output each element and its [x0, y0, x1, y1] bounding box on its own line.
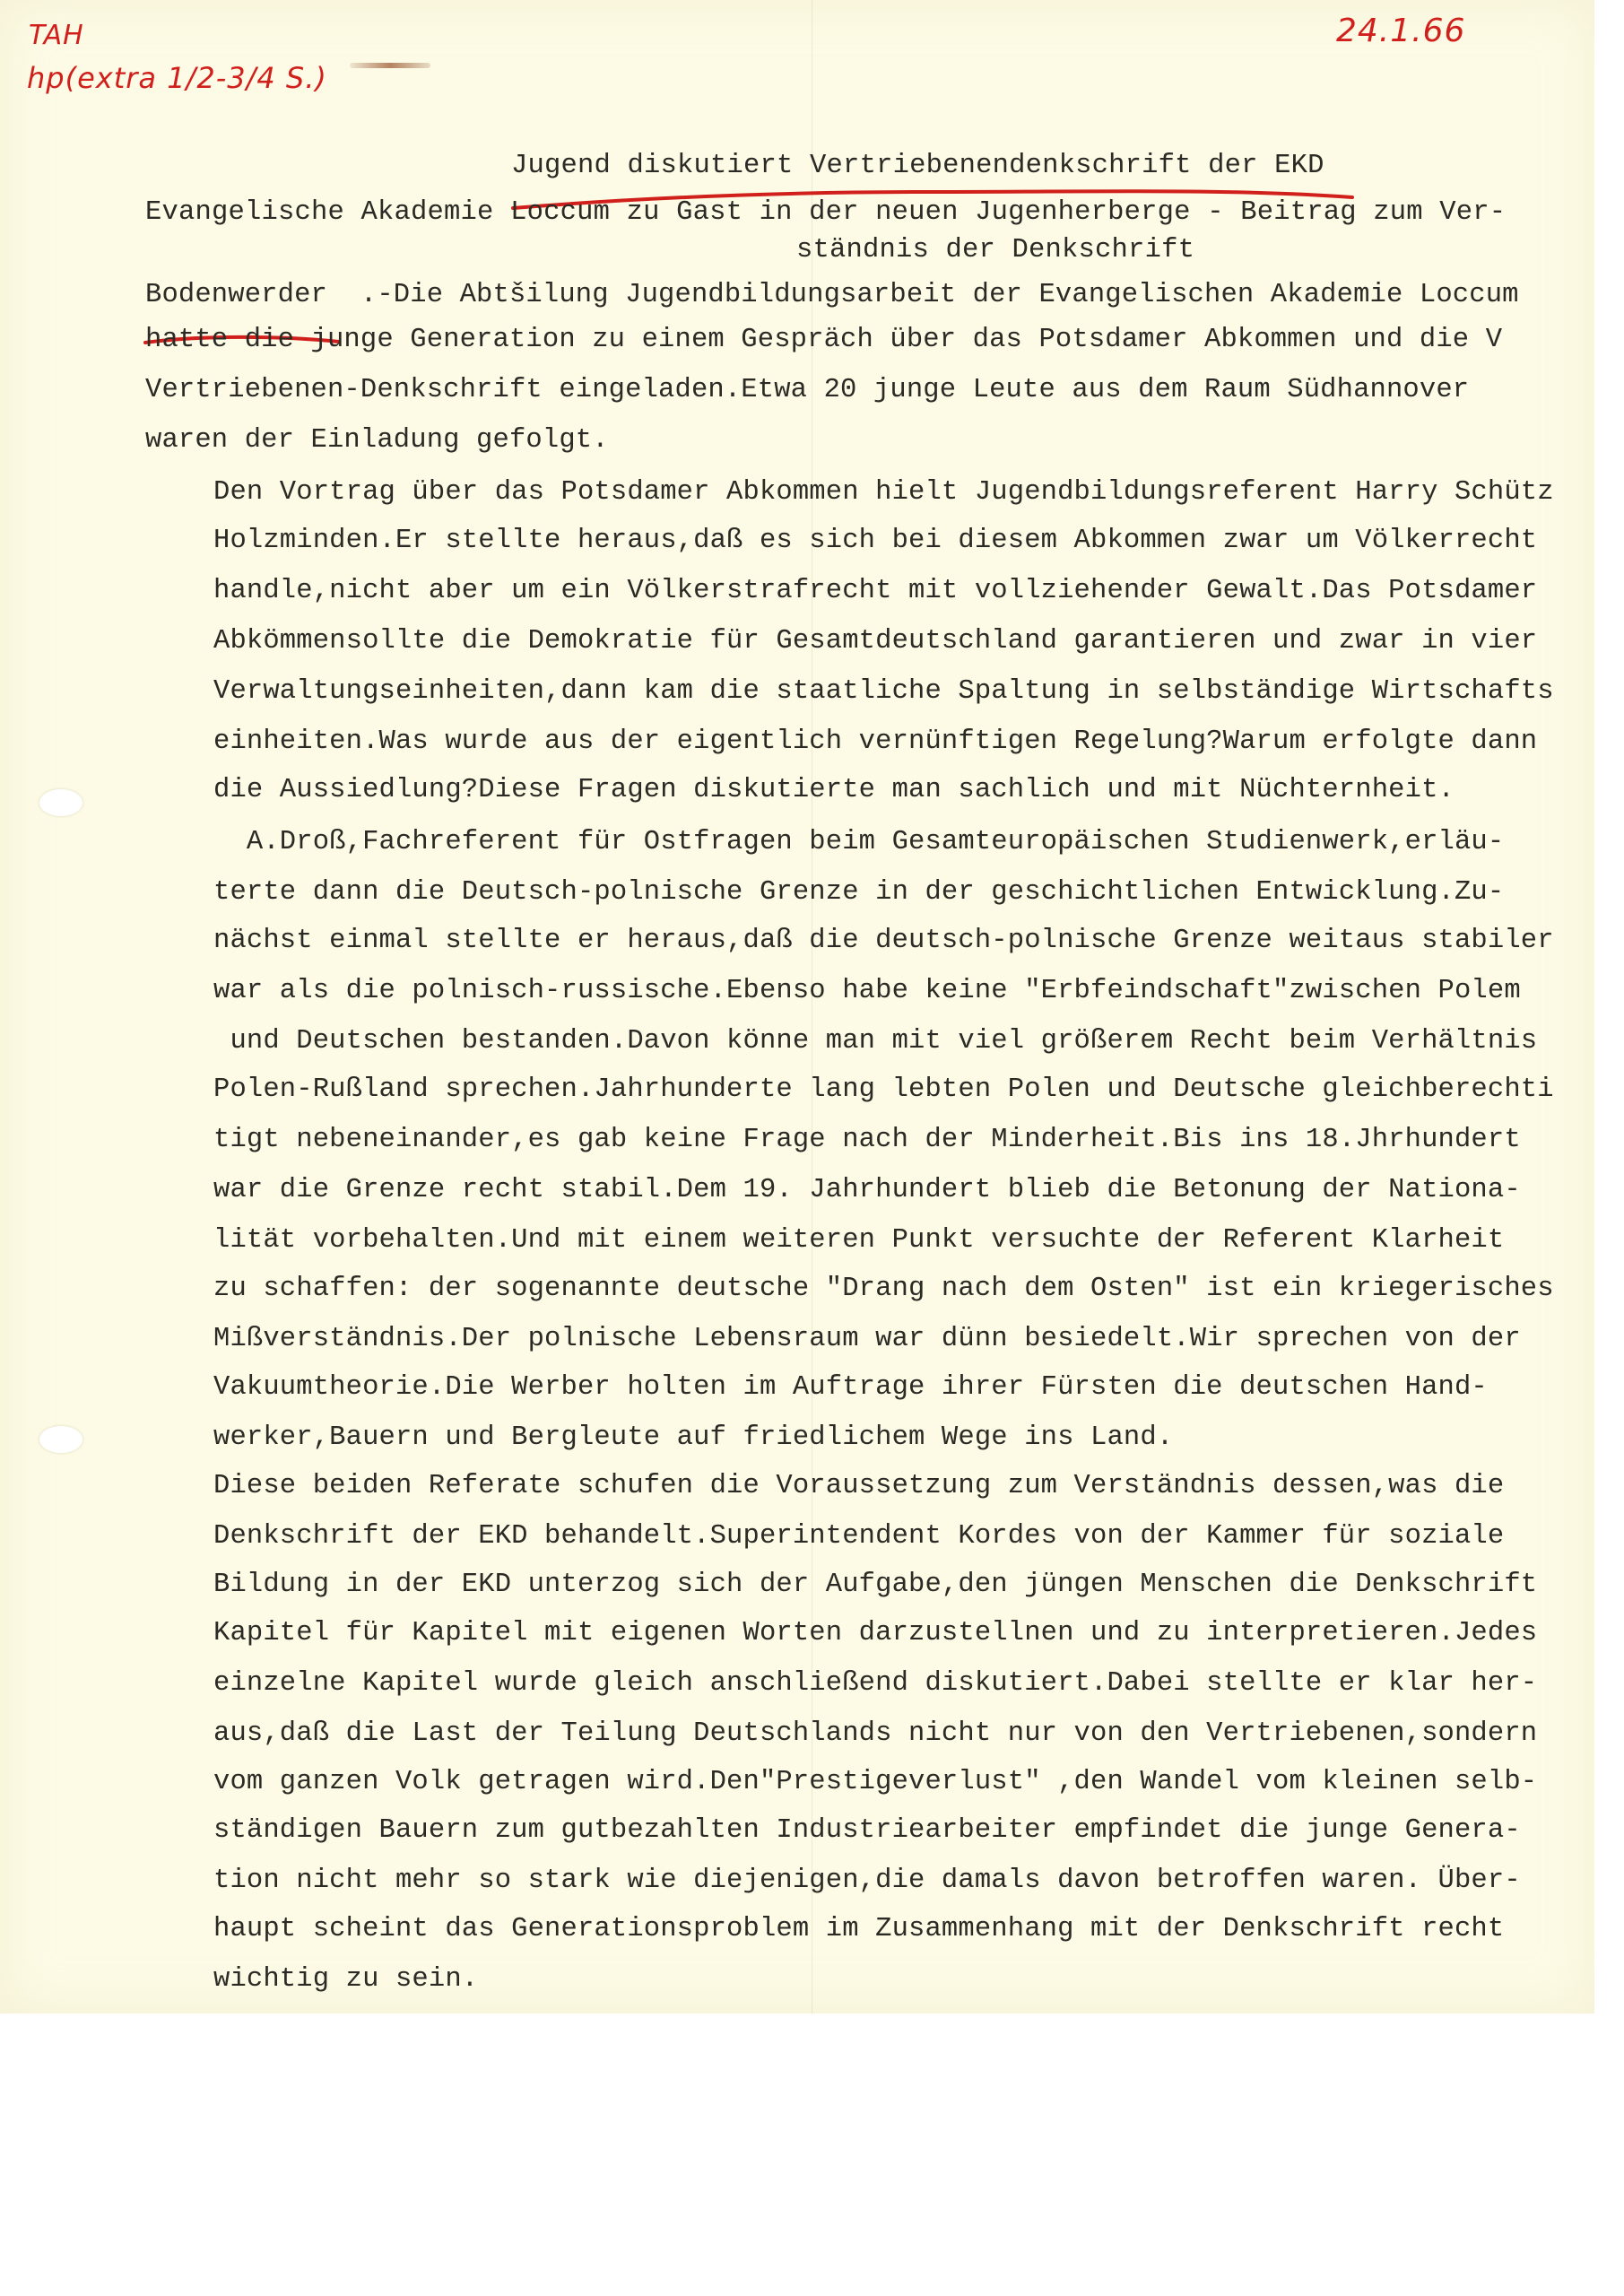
text-line: haupt scheint das Generationsproblem im … [213, 1914, 1504, 1944]
text-line: waren der Einladung gefolgt. [145, 425, 609, 456]
text-line: tigt nebeneinander,es gab keine Frage na… [213, 1125, 1521, 1155]
article-title: Jugend diskutiert Vertriebenendenkschrif… [511, 151, 1324, 181]
text-line: und Deutschen bestanden.Davon könne man … [213, 1026, 1537, 1057]
text-line: Holzminden.Er stellte heraus,daß es sich… [213, 526, 1537, 556]
text-line: ständigen Bauern zum gutbezahlten Indust… [213, 1815, 1521, 1846]
text-line: Bodenwerder .-Die Abtšilung Jugendbildun… [145, 280, 1519, 310]
punch-hole-icon [39, 1426, 83, 1453]
text-line: werker,Bauern und Bergleute auf friedlic… [213, 1422, 1173, 1453]
text-line: Abkömmensollte die Demokratie für Gesamt… [213, 626, 1537, 657]
text-line: Polen-Rußland sprechen.Jahrhunderte lang… [213, 1074, 1554, 1105]
text-line: Kapitel für Kapitel mit eigenen Worten d… [213, 1618, 1537, 1648]
text-line: Denkschrift der EKD behandelt.Superinten… [213, 1521, 1504, 1552]
handwritten-date: 24.1.66 [1336, 13, 1465, 49]
punch-hole-icon [39, 789, 83, 816]
handwritten-code: TAH [29, 20, 84, 51]
text-line: Diese beiden Referate schufen die Voraus… [213, 1471, 1504, 1501]
text-line: Mißverständnis.Der polnische Lebensraum … [213, 1324, 1521, 1354]
text-line: war die Grenze recht stabil.Dem 19. Jahr… [213, 1175, 1521, 1205]
text-line: vom ganzen Volk getragen wird.Den"Presti… [213, 1767, 1537, 1797]
text-line: Vakuumtheorie.Die Werber holten im Auftr… [213, 1372, 1488, 1403]
text-line: hatte die junge Generation zu einem Gesp… [145, 325, 1502, 355]
text-line: nächst einmal stellte er heraus,daß die … [213, 926, 1554, 956]
handwritten-note: hp(extra 1/2-3/4 S.) [27, 61, 327, 95]
subtitle-line-1: Evangelische Akademie Loccum zu Gast in … [145, 197, 1506, 228]
text-line: aus,daß die Last der Teilung Deutschland… [213, 1718, 1537, 1749]
subtitle-line-2: ständnis der Denkschrift [796, 235, 1194, 265]
text-line: Bildung in der EKD unterzog sich der Auf… [213, 1570, 1537, 1600]
text-line: handle,nicht aber um ein Völkerstrafrech… [213, 576, 1537, 606]
text-line: A.Droß,Fachreferent für Ostfragen beim G… [213, 827, 1504, 857]
document-page: TAH hp(extra 1/2-3/4 S.) 24.1.66 Jugend … [0, 0, 1594, 2013]
text-line: lität vorbehalten.Und mit einem weiteren… [213, 1225, 1504, 1256]
text-line: zu schaffen: der sogenannte deutsche "Dr… [213, 1274, 1554, 1304]
ink-stain [350, 63, 430, 68]
text-line: terte dann die Deutsch-polnische Grenze … [213, 877, 1504, 908]
text-line: war als die polnisch-russische.Ebenso ha… [213, 976, 1521, 1006]
text-line: wichtig zu sein. [213, 1964, 478, 1995]
text-line: tion nicht mehr so stark wie diejenigen,… [213, 1865, 1521, 1896]
text-line: Den Vortrag über das Potsdamer Abkommen … [213, 477, 1554, 508]
scan-background [0, 2013, 1624, 2296]
text-line: die Aussiedlung?Diese Fragen diskutierte… [213, 775, 1455, 805]
text-line: einheiten.Was wurde aus der eigentlich v… [213, 726, 1537, 757]
text-line: Verwaltungseinheiten,dann kam die staatl… [213, 676, 1554, 707]
text-line: einzelne Kapitel wurde gleich anschließe… [213, 1668, 1537, 1699]
text-line: Vertriebenen-Denkschrift eingeladen.Etwa… [145, 375, 1469, 405]
